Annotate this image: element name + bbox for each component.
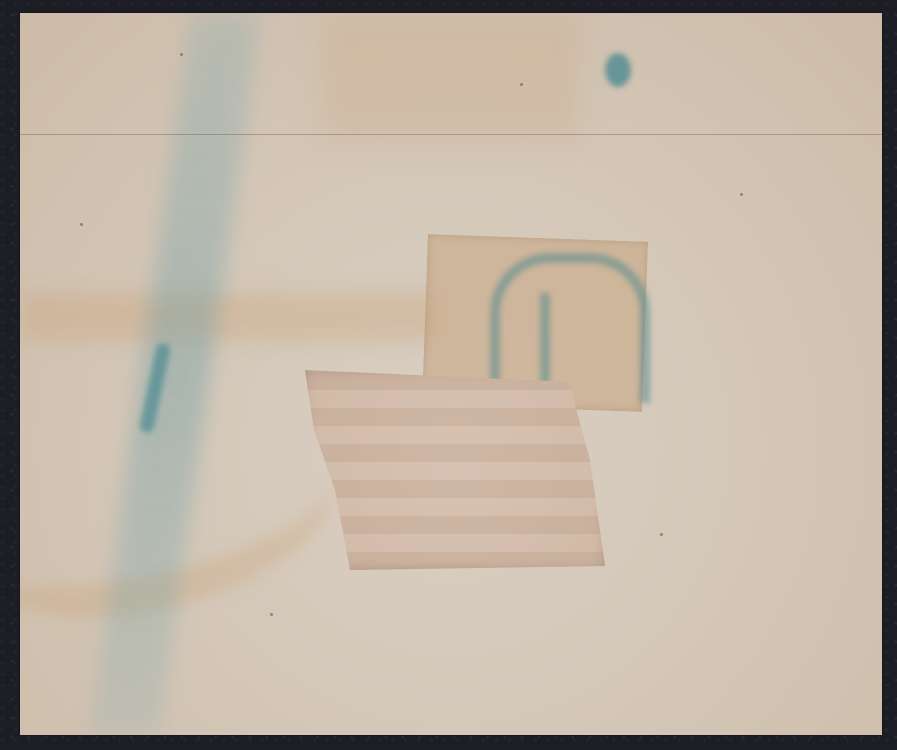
paper-speck xyxy=(180,53,183,56)
hinge-blue-mark-stroke xyxy=(540,293,550,383)
blue-ink-show-through-vertical xyxy=(89,13,260,735)
paper-remnant xyxy=(305,370,605,570)
orange-ink-show-through-top xyxy=(320,13,580,143)
paper-speck xyxy=(740,193,743,196)
paper-speck xyxy=(520,83,523,86)
paper-speck xyxy=(270,613,273,616)
orange-ink-show-through-horizontal xyxy=(20,293,440,341)
stamp-back-paper xyxy=(20,13,882,735)
paper-speck xyxy=(80,223,83,226)
paper-speck xyxy=(660,533,663,536)
fold-line xyxy=(20,134,882,135)
blue-ink-dot xyxy=(605,53,631,87)
